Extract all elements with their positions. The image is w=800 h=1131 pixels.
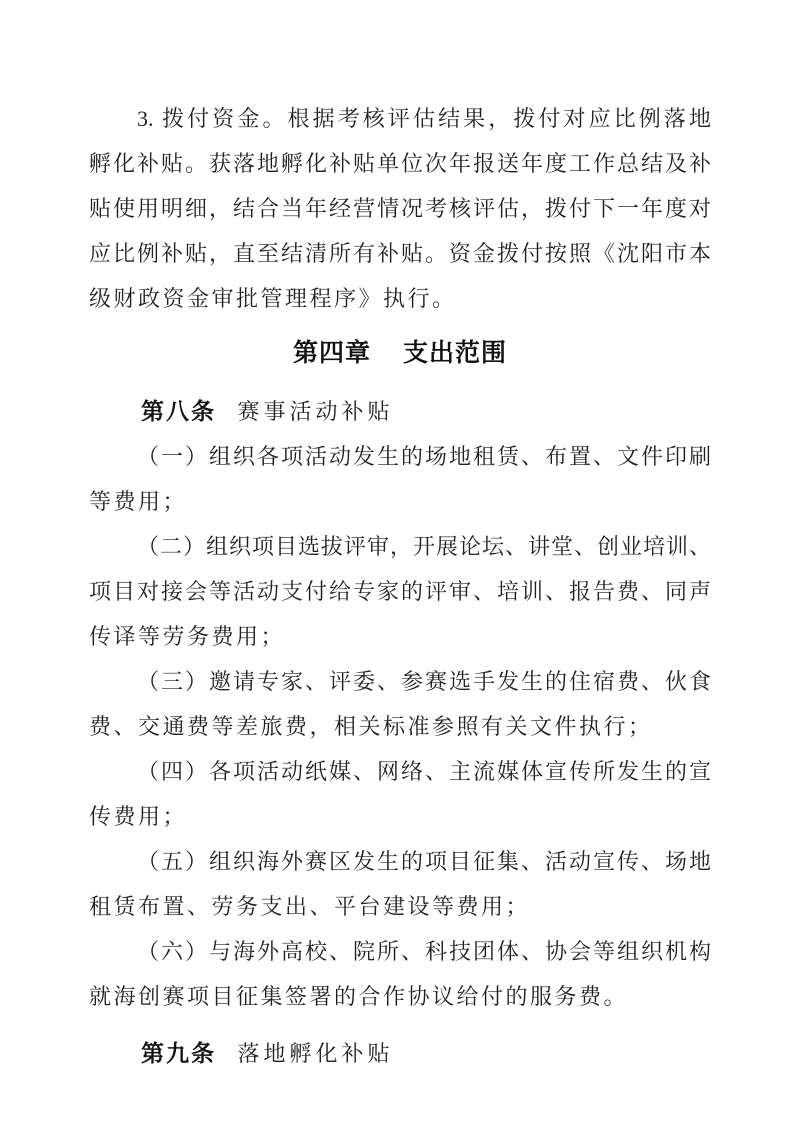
text-line: 租赁布置、劳务支出、平台建设等费用； [89, 884, 711, 929]
text-line: （六）与海外高校、院所、科技团体、协会等组织机构 [89, 929, 711, 974]
article-9-number: 第九条 [141, 1040, 216, 1066]
text-line: 项目对接会等活动支付给专家的评审、培训、报告费、同声 [89, 569, 711, 614]
item-3: （三）邀请专家、评委、参赛选手发生的住宿费、伙食 费、交通费等差旅费，相关标准参… [89, 659, 711, 749]
text-line: 孵化补贴。获落地孵化补贴单位次年报送年度工作总结及补 [89, 141, 711, 186]
text-line: 等费用； [89, 479, 711, 524]
article-8-title: 赛事活动补贴 [238, 399, 394, 424]
item-2: （二）组织项目选拔评审，开展论坛、讲堂、创业培训、 项目对接会等活动支付给专家的… [89, 524, 711, 659]
item-5: （五）组织海外赛区发生的项目征集、活动宣传、场地 租赁布置、劳务支出、平台建设等… [89, 839, 711, 929]
chapter-title: 支出范围 [403, 339, 507, 367]
chapter-number: 第四章 [293, 339, 371, 367]
text-line: 传费用； [89, 794, 711, 839]
text-line: 就海创赛项目征集签署的合作协议给付的服务费。 [89, 974, 711, 1019]
text-line: 费、交通费等差旅费，相关标准参照有关文件执行； [89, 704, 711, 749]
article-8-heading: 第八条 赛事活动补贴 [89, 389, 711, 434]
text-line: （四）各项活动纸媒、网络、主流媒体宣传所发生的宣 [89, 749, 711, 794]
article-9-heading: 第九条 落地孵化补贴 [89, 1031, 711, 1076]
text-line: 传译等劳务费用； [89, 614, 711, 659]
chapter-heading: 第四章 支出范围 [89, 329, 711, 377]
text-line: （五）组织海外赛区发生的项目征集、活动宣传、场地 [89, 839, 711, 884]
article-8-number: 第八条 [141, 398, 216, 424]
article-9-title: 落地孵化补贴 [238, 1041, 394, 1066]
item-4: （四）各项活动纸媒、网络、主流媒体宣传所发生的宣 传费用； [89, 749, 711, 839]
text-line: （二）组织项目选拔评审，开展论坛、讲堂、创业培训、 [89, 524, 711, 569]
document-page: 3. 拨付资金。根据考核评估结果，拨付对应比例落地 孵化补贴。获落地孵化补贴单位… [0, 0, 800, 1131]
text-line: 贴使用明细，结合当年经营情况考核评估，拨付下一年度对 [89, 186, 711, 231]
text-line: 级财政资金审批管理程序》执行。 [89, 276, 711, 321]
item-6: （六）与海外高校、院所、科技团体、协会等组织机构 就海创赛项目征集签署的合作协议… [89, 929, 711, 1019]
text-line: （三）邀请专家、评委、参赛选手发生的住宿费、伙食 [89, 659, 711, 704]
text-line: （一）组织各项活动发生的场地租赁、布置、文件印刷 [89, 434, 711, 479]
text-line: 应比例补贴，直至结清所有补贴。资金拨付按照《沈阳市本 [89, 231, 711, 276]
paragraph-disburse-funds: 3. 拨付资金。根据考核评估结果，拨付对应比例落地 孵化补贴。获落地孵化补贴单位… [89, 96, 711, 321]
text-line: 3. 拨付资金。根据考核评估结果，拨付对应比例落地 [89, 96, 711, 141]
item-1: （一）组织各项活动发生的场地租赁、布置、文件印刷 等费用； [89, 434, 711, 524]
